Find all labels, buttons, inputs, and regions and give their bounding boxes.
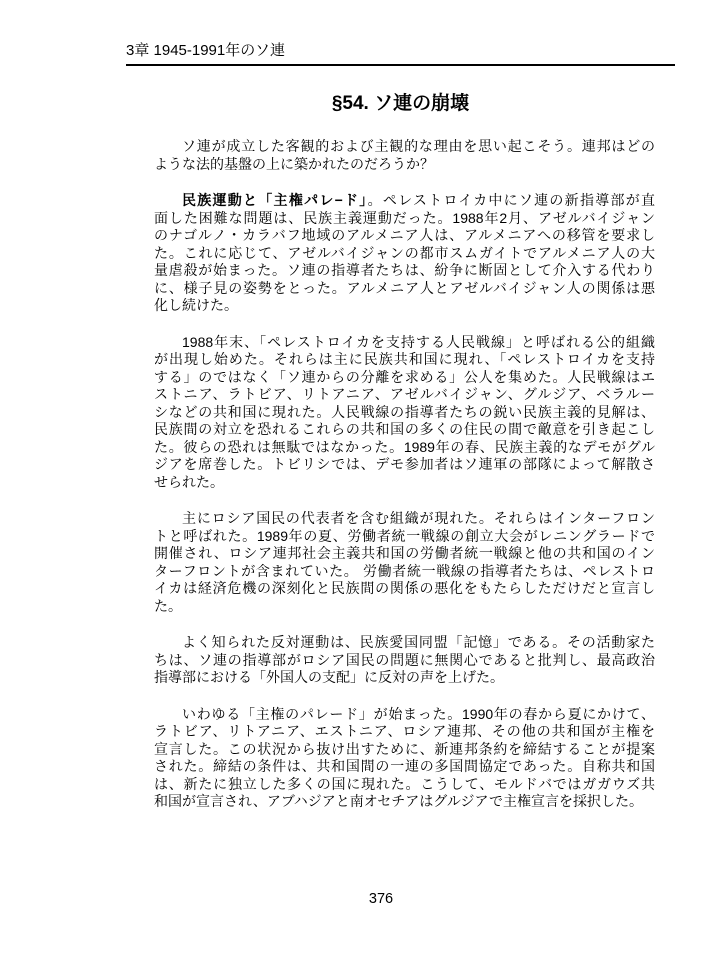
header-rule [126,64,675,66]
text-line: ストニア、ラトビア、リトアニア、アゼルバイジャン、グルジア、ベラルー [154,386,655,404]
paragraph: 民族運動と「主権パレ−ド」。ペレストロイカ中にソ連の新指導部が直面した困難な問題… [154,192,655,315]
page-body: ソ連が成立した客観的および主観的な理由を思い起こそう。連邦はどのような法的基盤の… [154,138,655,830]
text-line: 量虐殺が始まった。ソ連の指導者たちは、紛争に断固として介入する代わり [154,262,655,280]
text-line: シなどの共和国に現れた。人民戦線の指導者たちの鋭い民族主義的見解は、 [154,404,655,422]
text-line: ソ連が成立した客観的および主観的な理由を思い起こそう。連邦はどの [154,138,655,156]
text-line: 主にロシア国民の代表者を含む組織が現れた。それらはインターフロン [154,510,655,528]
text-line: する」のではなく「ソ連からの分離を求める」公人を集めた。人民戦線はエ [154,369,655,387]
text-line: た。これに応じて、アゼルバイジャンの都市スムガイトでアルメニア人の大 [154,245,655,263]
text-line: 化し続けた。 [154,297,655,315]
text-line: が出現し始めた。それらは主に民族共和国に現れ、「ペレストロイカを支持 [154,351,655,369]
text-line: ラトビア、リトアニア、エストニア、ロシア連邦、その他の共和国が主権を [154,723,655,741]
text-line: 宣言した。この状況から抜け出すために、新連邦条約を締結することが提案 [154,741,655,759]
document-page: 3章 1945-1991年のソ連 §54. ソ連の崩壊 ソ連が成立した客観的およ… [0,0,720,960]
section-title: §54. ソ連の崩壊 [126,92,675,116]
paragraph: よく知られた反対運動は、民族愛国同盟「記憶」である。その活動家たちは、ソ連の指導… [154,634,655,687]
text-line: 面した困難な問題は、民族主義運動だった。1988年2月、アゼルバイジャン [154,210,655,228]
text-line: 1988年末、「ペレストロイカを支持する人民戦線」と呼ばれる公的組織 [154,334,655,352]
text-line: ジアを席巻した。トビリシでは、デモ参加者はソ連軍の部隊によって解散さ [154,456,655,474]
text-line: された。締結の条件は、共和国間の一連の多国間協定であった。自称共和国 [154,758,655,776]
text-line: 和国が宣言され、アブハジアと南オセチアはグルジアで主権宣言を採択した。 [154,793,655,811]
paragraph: 1988年末、「ペレストロイカを支持する人民戦線」と呼ばれる公的組織が出現し始め… [154,334,655,492]
text-line: せられた。 [154,474,655,492]
paragraph: 主にロシア国民の代表者を含む組織が現れた。それらはインターフロントと呼ばれた。1… [154,510,655,615]
text-line: 民族運動と「主権パレ−ド」。ペレストロイカ中にソ連の新指導部が直 [154,192,655,210]
text-line: 民族間の対立を恐れるこれらの共和国の多くの住民の間で敵意を引き起こし [154,421,655,439]
page-number: 376 [126,891,636,907]
text-line: トと呼ばれた。1989年の夏、労働者統一戦線の創立大会がレニングラードで [154,528,655,546]
text-line: 開催され、ロシア連邦社会主義共和国の労働者統一戦線と他の共和国のイン [154,545,655,563]
text-line: た。 [154,598,655,616]
text-line: のナゴルノ・カラバフ地域のアルメニア人は、アルメニアへの移管を要求し [154,227,655,245]
text-line: ターフロントが含まれていた。 労働者統一戦線の指導者たちは、ペレストロ [154,563,655,581]
paragraph: いわゆる「主権のパレード」が始まった。1990年の春から夏にかけて、ラトビア、リ… [154,706,655,811]
text-line: いわゆる「主権のパレード」が始まった。1990年の春から夏にかけて、 [154,706,655,724]
text-line: は、新たに独立した多くの国に現れた。こうして、モルドバではガガウズ共 [154,776,655,794]
text-line: よく知られた反対運動は、民族愛国同盟「記憶」である。その活動家た [154,634,655,652]
text-line: に、様子見の姿勢をとった。アルメニア人とアゼルバイジャン人の関係は悪 [154,280,655,298]
text-line: ような法的基盤の上に築かれたのだろうか？ [154,156,655,174]
text-line: ちは、ソ連の指導部がロシア国民の問題に無関心であると批判し、最高政治 [154,652,655,670]
text-line: た。彼らの恐れは無駄ではなかった。1989年の春、民族主義的なデモがグル [154,439,655,457]
bold-lead: 民族運動と「主権パレ−ド」 [182,192,368,208]
chapter-header: 3章 1945-1991年のソ連 [126,42,285,60]
text-line: イカは経済危機の深刻化と民族間の関係の悪化をもたらしただけだと宣言し [154,580,655,598]
text-line: 指導部における「外国人の支配」に反対の声を上げた。 [154,669,655,687]
paragraph: ソ連が成立した客観的および主観的な理由を思い起こそう。連邦はどのような法的基盤の… [154,138,655,173]
